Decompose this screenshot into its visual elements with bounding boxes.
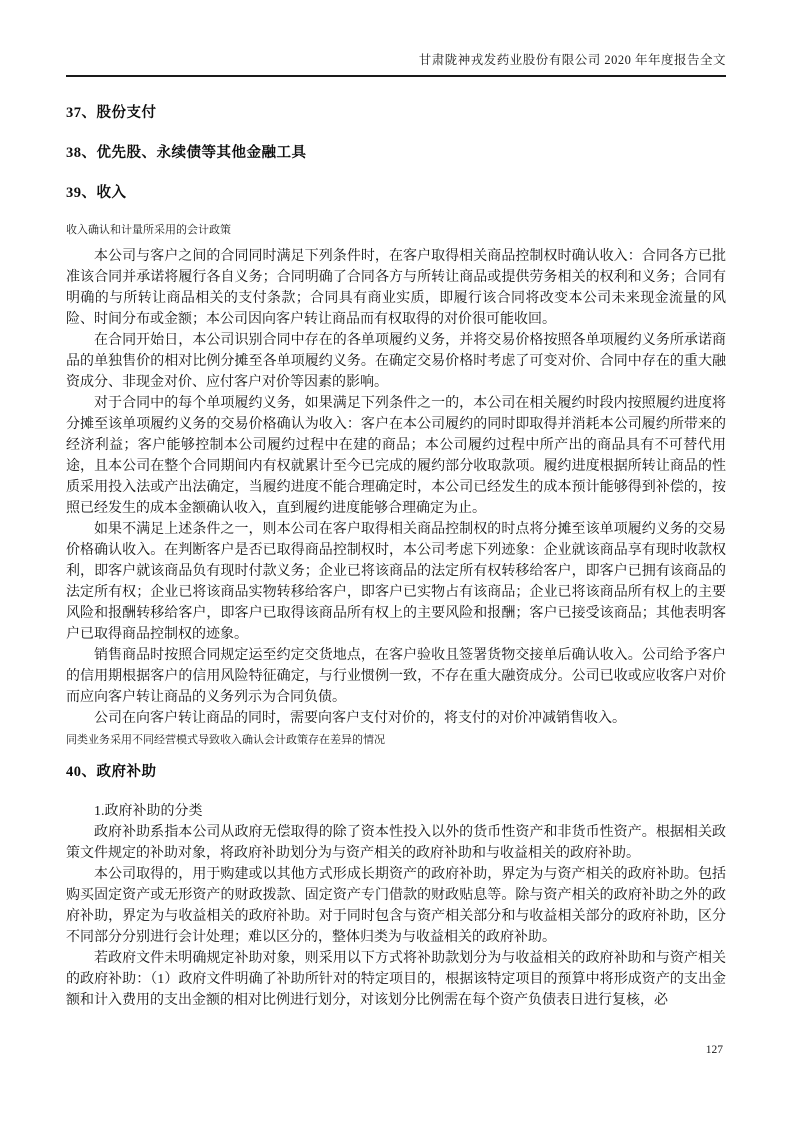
revenue-policy-label: 收入确认和计量所采用的会计政策 — [66, 222, 726, 238]
report-page: 甘肃陇神戎发药业股份有限公司 2020 年年度报告全文 37、股份支付 38、优… — [0, 0, 793, 1122]
subsidy-paragraph-1: 政府补助系指本公司从政府无偿取得的除了资本性投入以外的货币性资产和非货币性资产。… — [66, 822, 726, 864]
revenue-paragraph-2: 在合同开始日，本公司识别合同中存在的各单项履约义务，并将交易价格按照各单项履约义… — [66, 330, 726, 393]
page-number: 127 — [706, 1044, 723, 1056]
section-heading-40-government-subsidy: 40、政府补助 — [66, 763, 726, 782]
revenue-paragraph-4: 如果不满足上述条件之一，则本公司在客户取得相关商品控制权的时点将分摊至该单项履约… — [66, 519, 726, 645]
revenue-paragraph-6: 公司在向客户转让商品的同时，需要向客户支付对价的，将支付的对价冲减销售收入。 — [66, 708, 726, 729]
subsidy-paragraph-2: 本公司取得的，用于购建或以其他方式形成长期资产的政府补助，界定为与资产相关的政府… — [66, 864, 726, 948]
revenue-paragraph-3: 对于合同中的每个单项履约义务，如果满足下列条件之一的，本公司在相关履约时段内按照… — [66, 393, 726, 519]
page-content: 37、股份支付 38、优先股、永续债等其他金融工具 39、收入 收入确认和计量所… — [66, 104, 726, 1011]
subsidy-paragraph-3: 若政府文件未明确规定补助对象，则采用以下方式将补助款划分为与收益相关的政府补助和… — [66, 948, 726, 1011]
revenue-paragraph-1: 本公司与客户之间的合同同时满足下列条件时，在客户取得相关商品控制权时确认收入：合… — [66, 246, 726, 330]
page-header: 甘肃陇神戎发药业股份有限公司 2020 年年度报告全文 — [66, 0, 726, 77]
section-heading-37-share-payment: 37、股份支付 — [66, 104, 726, 123]
revenue-difference-note-label: 同类业务采用不同经营模式导致收入确认会计政策存在差异的情况 — [66, 732, 726, 748]
report-header-title: 甘肃陇神戎发药业股份有限公司 2020 年年度报告全文 — [66, 52, 726, 69]
section-heading-38-preferred-shares: 38、优先股、永续债等其他金融工具 — [66, 144, 726, 163]
revenue-paragraph-5: 销售商品时按照合同规定运至约定交货地点，在客户验收且签署货物交接单后确认收入。公… — [66, 645, 726, 708]
section-heading-39-revenue: 39、收入 — [66, 184, 726, 203]
subsidy-classification-subheading: 1.政府补助的分类 — [66, 801, 726, 822]
